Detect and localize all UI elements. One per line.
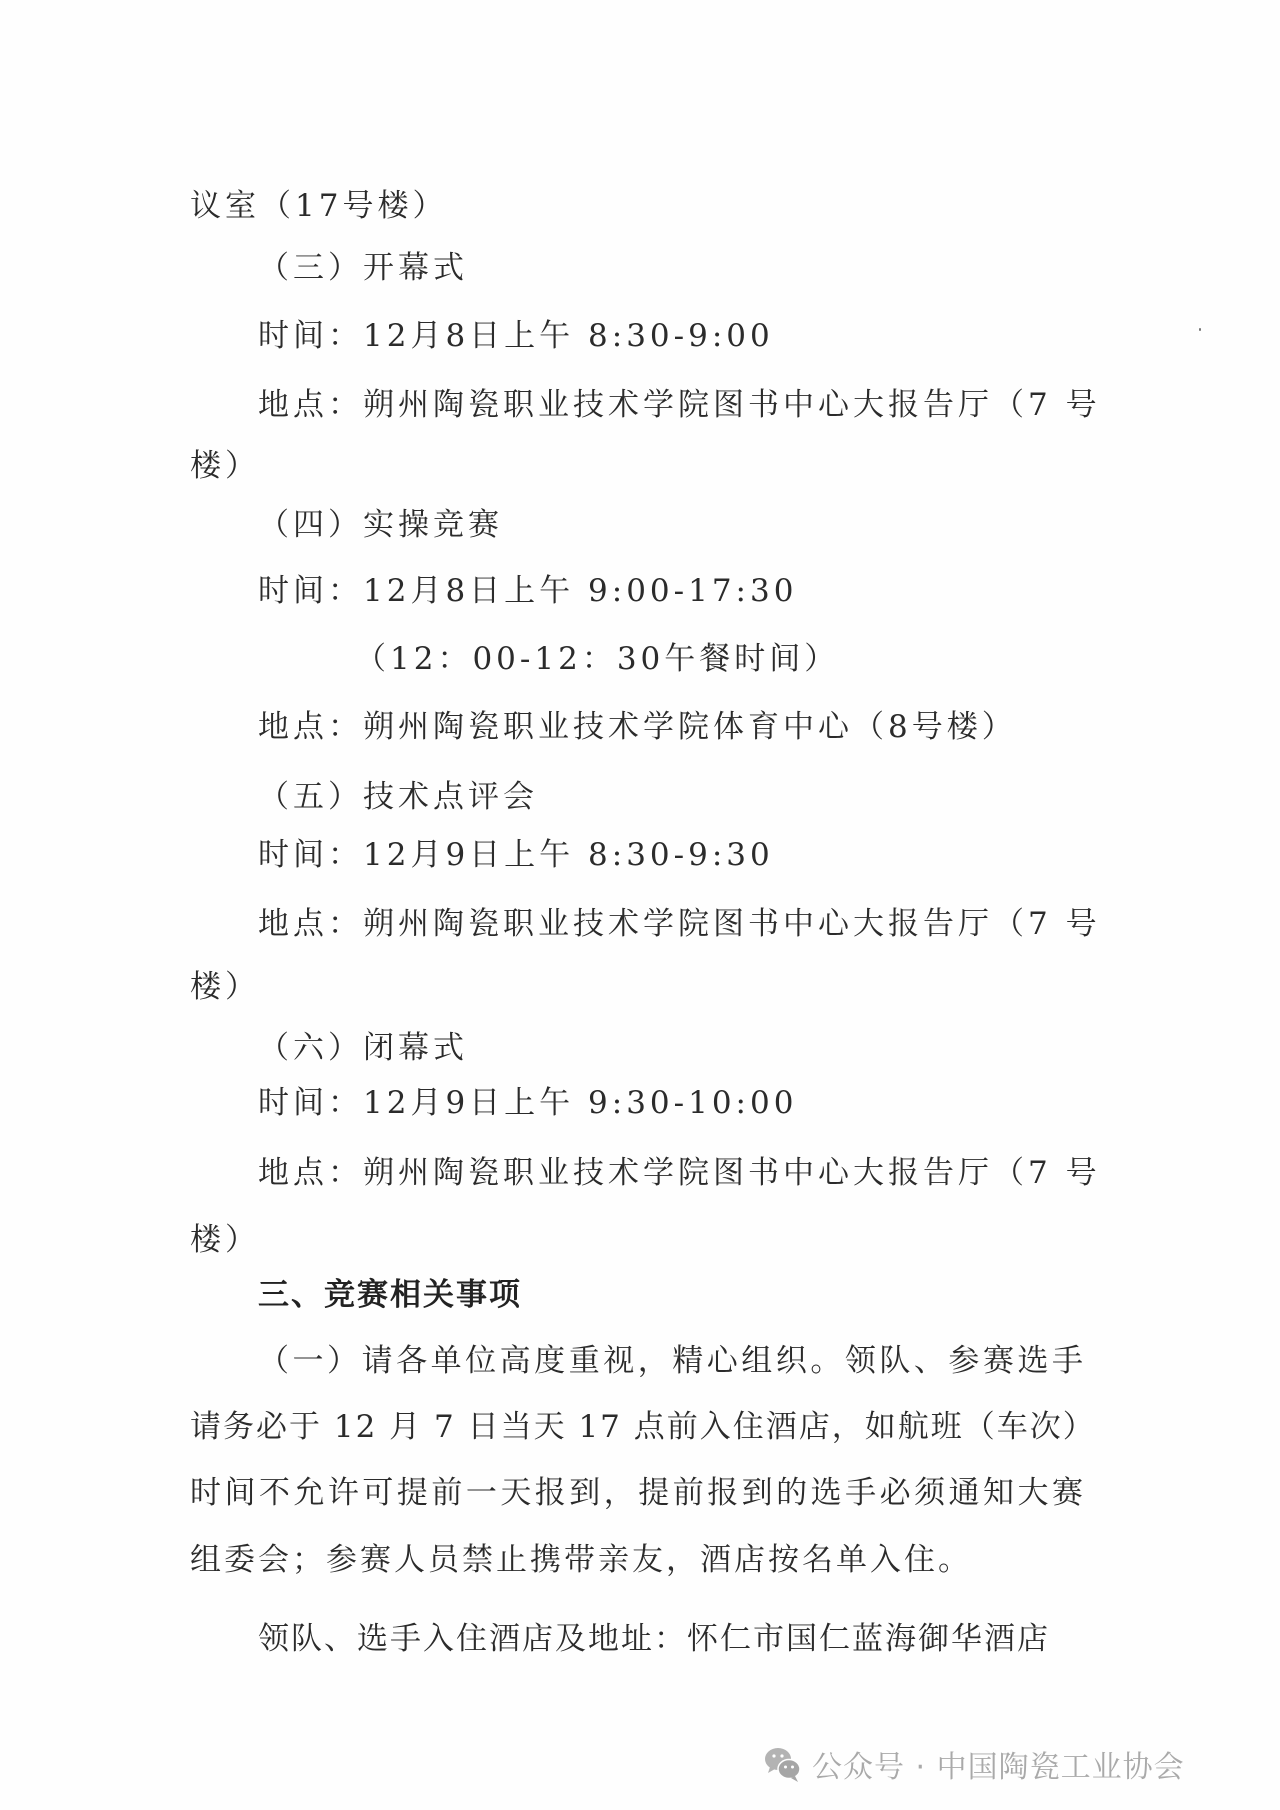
wechat-icon <box>762 1743 804 1785</box>
scan-speck <box>1199 328 1201 331</box>
hotel-address-line: 领队、选手入住酒店及地址：怀仁市国仁蓝海御华酒店 <box>258 1619 1050 1659</box>
text-line-continuation: 楼） <box>190 1220 260 1260</box>
paragraph-line: 时间不允许可提前一天报到，提前报到的选手必须通知大赛 <box>190 1473 1085 1513</box>
text-line-continuation: 楼） <box>190 446 260 486</box>
paragraph-line: 组委会；参赛人员禁止携带亲友，酒店按名单入住。 <box>190 1540 972 1580</box>
subheading-practical-competition: （四）实操竞赛 <box>258 505 503 545</box>
lunch-break-note: （12：00-12：30午餐时间） <box>355 639 839 679</box>
text-line-continuation: 楼） <box>190 967 260 1007</box>
section-heading-competition-matters: 三、竞赛相关事项 <box>258 1275 522 1315</box>
paragraph-line: （一）请各单位高度重视，精心组织。领队、参赛选手 <box>258 1341 1085 1381</box>
technical-review-time: 时间：12月9日上午 8:30-9:30 <box>258 835 774 875</box>
subheading-technical-review: （五）技术点评会 <box>258 777 538 817</box>
watermark-text: 公众号 · 中国陶瓷工业协会 <box>812 1742 1185 1786</box>
closing-ceremony-location: 地点：朔州陶瓷职业技术学院图书中心大报告厅（7 号 <box>258 1153 1101 1193</box>
opening-ceremony-location: 地点：朔州陶瓷职业技术学院图书中心大报告厅（7 号 <box>258 385 1101 425</box>
practical-competition-time: 时间：12月8日上午 9:00-17:30 <box>258 571 797 611</box>
document-page: 议室（17号楼） （三）开幕式 时间：12月8日上午 8:30-9:00 地点：… <box>0 0 1280 1810</box>
paragraph-line: 请务必于 12 月 7 日当天 17 点前入住酒店，如航班（车次） <box>190 1407 1085 1447</box>
subheading-opening-ceremony: （三）开幕式 <box>258 248 468 288</box>
closing-ceremony-time: 时间：12月9日上午 9:30-10:00 <box>258 1083 797 1123</box>
subheading-closing-ceremony: （六）闭幕式 <box>258 1028 468 1068</box>
opening-ceremony-time: 时间：12月8日上午 8:30-9:00 <box>258 316 774 356</box>
practical-competition-location: 地点：朔州陶瓷职业技术学院体育中心（8号楼） <box>258 707 1017 747</box>
text-line-continuation: 议室（17号楼） <box>190 186 447 226</box>
wechat-watermark: 公众号 · 中国陶瓷工业协会 <box>762 1742 1185 1786</box>
technical-review-location: 地点：朔州陶瓷职业技术学院图书中心大报告厅（7 号 <box>258 904 1101 944</box>
